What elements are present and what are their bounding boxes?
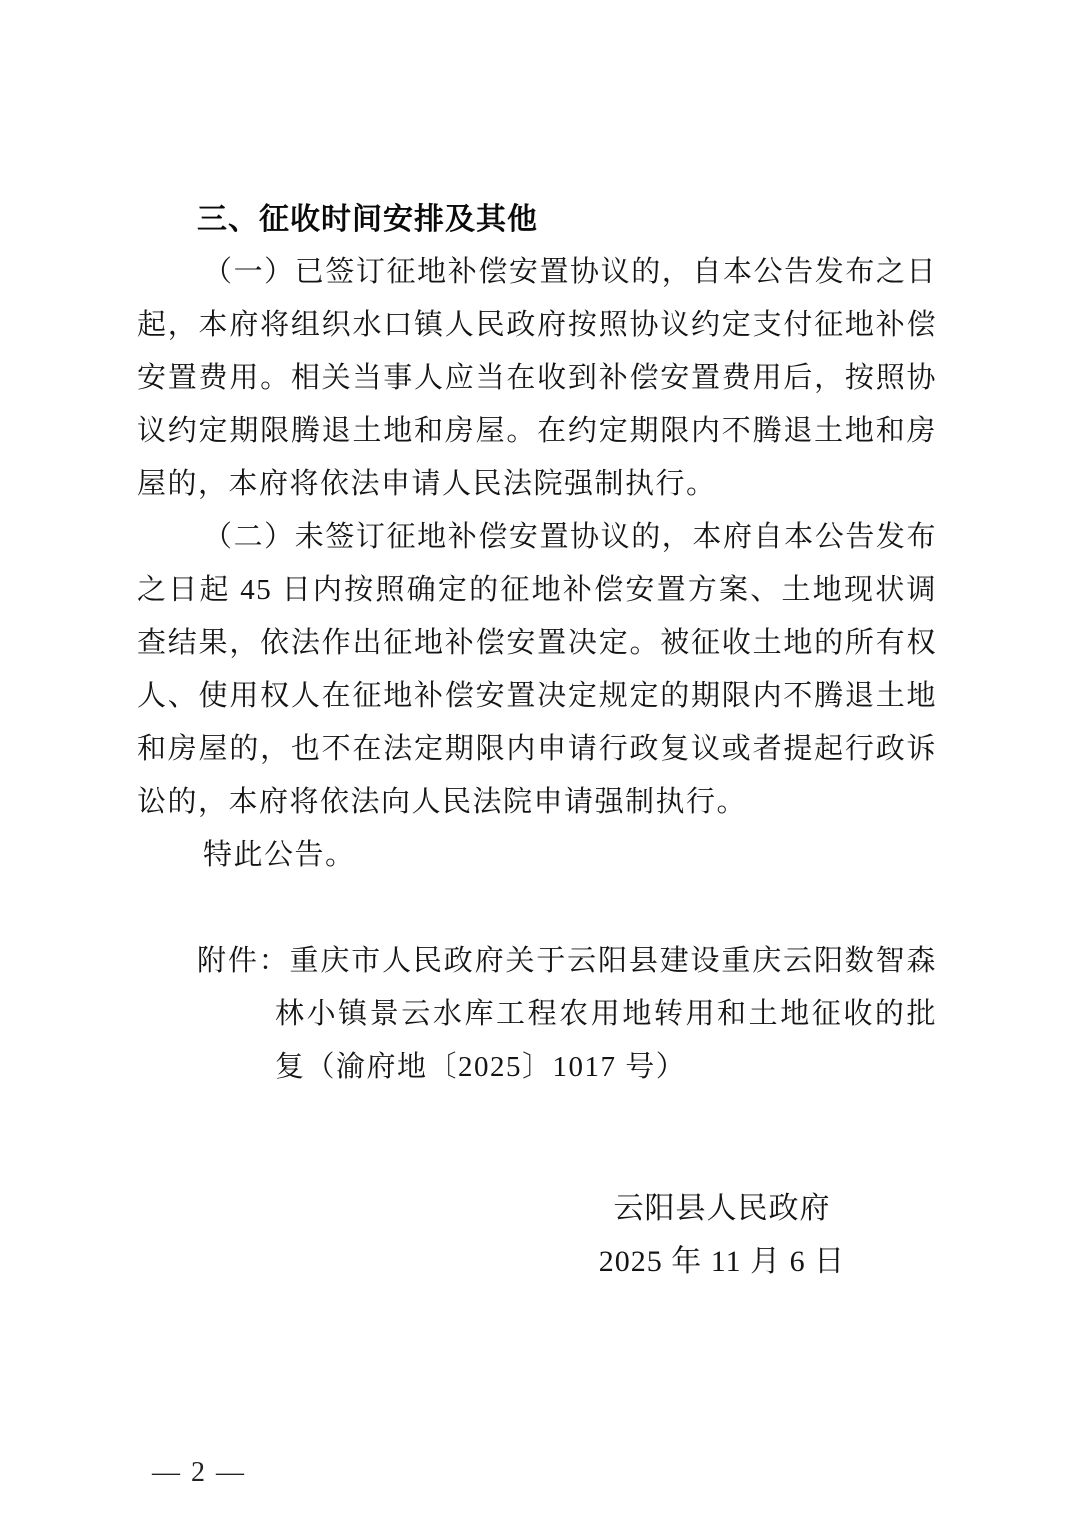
signature-block: 云阳县人民政府 2025 年 11 月 6 日 [587, 1182, 857, 1288]
attachment-title: 重庆市人民政府关于云阳县建设重庆云阳数智森林小镇景云水库工程农用地转用和土地征收… [275, 945, 937, 1083]
page-number: — 2 — [152, 1453, 246, 1493]
signature-issuer: 云阳县人民政府 [587, 1182, 857, 1235]
attachment-label: 附件： [197, 945, 290, 977]
section-heading: 三、征收时间安排及其他 [137, 193, 937, 246]
paragraph-signed-agreements: （一）已签订征地补偿安置协议的，自本公告发布之日起，本府将组织水口镇人民政府按照… [137, 246, 937, 511]
document-body: 三、征收时间安排及其他 （一）已签订征地补偿安置协议的，自本公告发布之日起，本府… [137, 193, 937, 1288]
document-page: 三、征收时间安排及其他 （一）已签订征地补偿安置协议的，自本公告发布之日起，本府… [0, 0, 1074, 1520]
paragraph-unsigned-agreements: （二）未签订征地补偿安置协议的，本府自本公告发布之日起 45 日内按照确定的征地… [137, 511, 937, 829]
signature-date: 2025 年 11 月 6 日 [587, 1235, 857, 1288]
paragraph-closing-statement: 特此公告。 [137, 829, 937, 882]
attachment-note: 附件：重庆市人民政府关于云阳县建设重庆云阳数智森林小镇景云水库工程农用地转用和土… [275, 935, 937, 1094]
